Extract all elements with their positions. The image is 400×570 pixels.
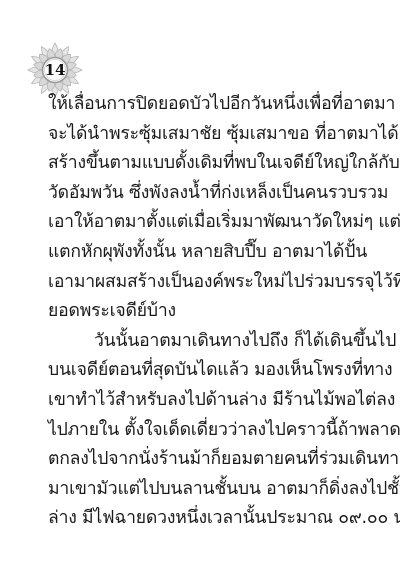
text-line: บนเจดีย์ตอนที่สุดบันไดแล้ว มองเห็นโพรงที… (48, 356, 378, 386)
text-line: ล่าง มีไฟฉายดวงหนึ่งเวลานั้นประมาณ ๐๙.๐๐… (48, 504, 378, 534)
text-line: ยอดพระเจดีย์บ้าง (48, 297, 378, 327)
text-line: สร้างขึ้นตามแบบดั้งเดิมที่พบในเจดีย์ใหญ่… (48, 149, 378, 179)
text-line: ตกลงไปจากนั่งร้านม้าก็ยอมตายคนที่ร่วมเดิ… (48, 445, 378, 475)
text-line: จะได้นำพระซุ้มเสมาชัย ซุ้มเสมาขอ ที่อาตม… (48, 120, 378, 150)
text-line: เอามาผสมสร้างเป็นองค์พระใหม่ไปร่วมบรรจุไ… (48, 268, 378, 298)
text-line: เอาให้อาตมาตั้งแต่เมื่อเริ่มมาพัฒนาวัดให… (48, 208, 378, 238)
body-text: ให้เลื่อนการปิดยอดบัวไปอีกวันหนึ่งเพื่อท… (48, 90, 378, 534)
text-line: แตกหักผุพังทั้งนั้น หลายสิบปี๊บ อาตมาได้… (48, 238, 378, 268)
text-line: มาเขามัวแต่ไปบนลานชั้นบน อาตมาก็ดิ่งลงไป… (48, 475, 378, 505)
paragraph-first-line: วันนั้นอาตมาเดินทางไปถึง ก็ได้เดินขึ้นไป (48, 327, 378, 357)
text-line: ไปภายใน ตั้งใจเด็ดเดี่ยวว่าลงไปคราวนี้ถ้… (48, 416, 378, 446)
text-line: วัดอัมพวัน ซึ่งพังลงน้ำที่ก่งเหล็งเป็นคน… (48, 179, 378, 209)
text-line: เขาทำไว้สำหรับลงไปด้านล่าง มีร้านไม้พอไต… (48, 386, 378, 416)
text-line: ให้เลื่อนการปิดยอดบัวไปอีกวันหนึ่งเพื่อท… (48, 90, 378, 120)
